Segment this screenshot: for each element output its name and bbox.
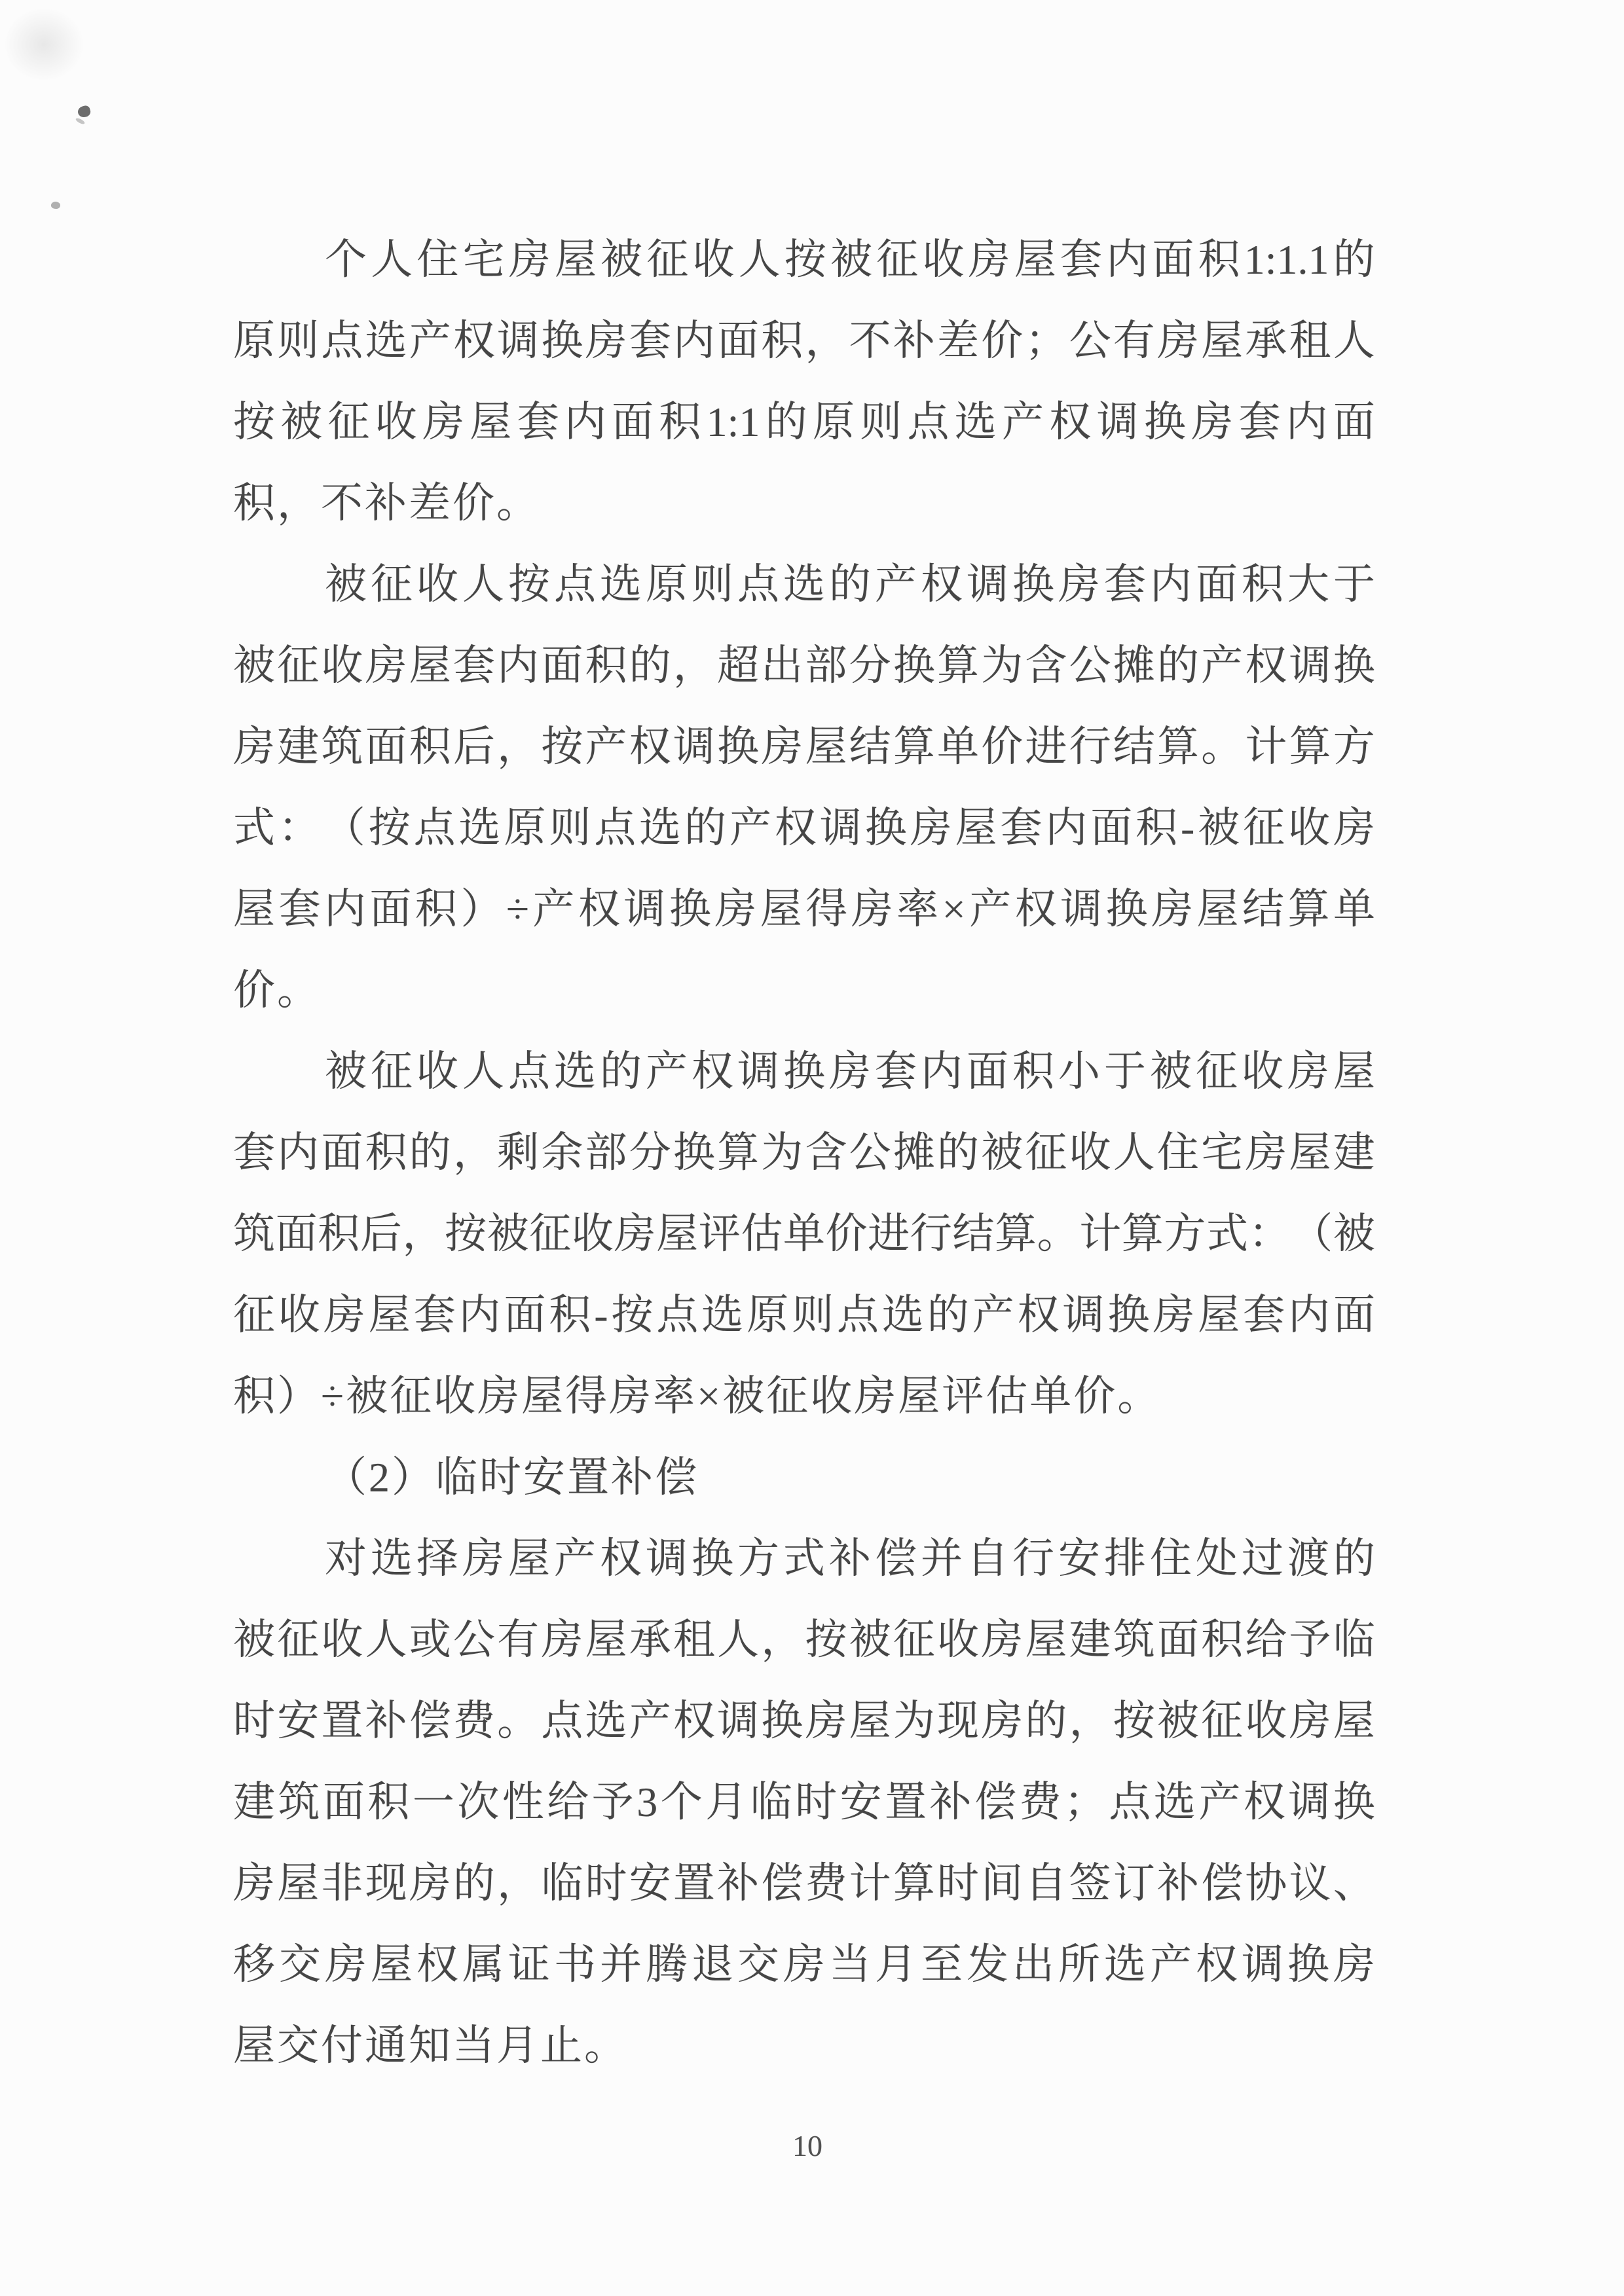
- text-line: 被征收人或公有房屋承租人，按被征收房屋建筑面积给予临: [233, 1599, 1375, 1681]
- text-line: 筑面积后，按被征收房屋评估单价进行结算。计算方式：（被: [233, 1194, 1375, 1275]
- text-line: 套内面积的，剩余部分换算为含公摊的被征收人住宅房屋建: [233, 1112, 1375, 1194]
- scan-smudge-artifact: [4, 8, 84, 81]
- paragraph: 个人住宅房屋被征收人按被征收房屋套内面积1:1.1的原则点选产权调换房套内面积，…: [233, 219, 1375, 544]
- text-line: （2）临时安置补偿: [233, 1437, 1375, 1518]
- text-line: 积，不补差价。: [233, 463, 1375, 544]
- text-line: 征收房屋套内面积-按点选原则点选的产权调换房屋套内面: [233, 1275, 1375, 1356]
- text-line: 个人住宅房屋被征收人按被征收房屋套内面积1:1.1的: [233, 219, 1375, 301]
- text-line: 建筑面积一次性给予3个月临时安置补偿费；点选产权调换: [233, 1762, 1375, 1843]
- paragraph: 对选择房屋产权调换方式补偿并自行安排住处过渡的被征收人或公有房屋承租人，按被征收…: [233, 1518, 1375, 2086]
- scan-speck-artifact: [50, 201, 61, 210]
- text-line: 对选择房屋产权调换方式补偿并自行安排住处过渡的: [233, 1518, 1375, 1599]
- paragraph: 被征收人点选的产权调换房套内面积小于被征收房屋套内面积的，剩余部分换算为含公摊的…: [233, 1031, 1375, 1437]
- scan-dot-artifact: [77, 105, 92, 118]
- text-line: 移交房屋权属证书并腾退交房当月至发出所选产权调换房: [233, 1924, 1375, 2005]
- text-line: 式：（按点选原则点选的产权调换房屋套内面积-被征收房: [233, 788, 1375, 869]
- scan-dot-tail-artifact: [75, 117, 85, 125]
- text-line: 被征收人按点选原则点选的产权调换房套内面积大于: [233, 544, 1375, 625]
- text-line: 屋交付通知当月止。: [233, 2005, 1375, 2086]
- paragraph: （2）临时安置补偿: [233, 1437, 1375, 1518]
- text-line: 房建筑面积后，按产权调换房屋结算单价进行结算。计算方: [233, 706, 1375, 788]
- text-line: 按被征收房屋套内面积1:1的原则点选产权调换房套内面: [233, 382, 1375, 463]
- text-line: 被征收房屋套内面积的，超出部分换算为含公摊的产权调换: [233, 625, 1375, 706]
- page-number: 10: [0, 2130, 1615, 2162]
- text-line: 房屋非现房的，临时安置补偿费计算时间自签订补偿协议、: [233, 1843, 1375, 1924]
- text-line: 积）÷被征收房屋得房率×被征收房屋评估单价。: [233, 1356, 1375, 1437]
- text-line: 原则点选产权调换房套内面积，不补差价；公有房屋承租人: [233, 301, 1375, 382]
- text-line: 价。: [233, 950, 1375, 1031]
- document-page: 个人住宅房屋被征收人按被征收房屋套内面积1:1.1的原则点选产权调换房套内面积，…: [0, 0, 1624, 2296]
- text-line: 时安置补偿费。点选产权调换房屋为现房的，按被征收房屋: [233, 1681, 1375, 1762]
- text-line: 屋套内面积）÷产权调换房屋得房率×产权调换房屋结算单: [233, 869, 1375, 950]
- document-body: 个人住宅房屋被征收人按被征收房屋套内面积1:1.1的原则点选产权调换房套内面积，…: [233, 219, 1375, 2086]
- paragraph: 被征收人按点选原则点选的产权调换房套内面积大于被征收房屋套内面积的，超出部分换算…: [233, 544, 1375, 1031]
- text-line: 被征收人点选的产权调换房套内面积小于被征收房屋: [233, 1031, 1375, 1112]
